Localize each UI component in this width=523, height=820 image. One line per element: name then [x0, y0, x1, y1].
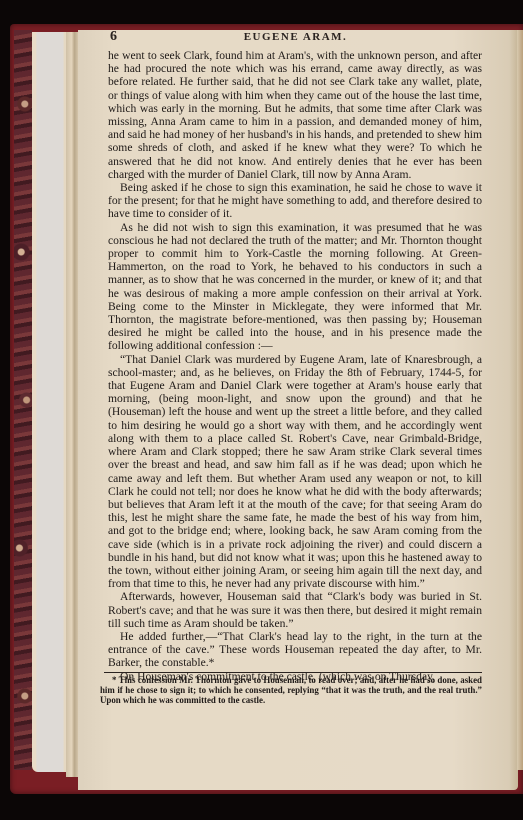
footnote-text: * This confession Mr. Thornton gave to H…	[100, 675, 482, 706]
paragraph: As he did not wish to sign this examinat…	[108, 221, 482, 353]
footnote-rule	[104, 672, 482, 673]
paragraph: Afterwards, however, Houseman said that …	[108, 590, 482, 630]
running-title: EUGENE ARAM.	[108, 31, 483, 43]
footnote: * This confession Mr. Thornton gave to H…	[100, 675, 482, 706]
paragraph: He added further,—“That Clark's head lay…	[108, 630, 482, 670]
paragraph: “That Daniel Clark was murdered by Eugen…	[108, 353, 482, 591]
paragraph: Being asked if he chose to sign this exa…	[108, 181, 482, 221]
page-fore-edge	[517, 30, 523, 770]
paragraph: he went to seek Clark, found him at Aram…	[108, 49, 482, 181]
running-head: 6 EUGENE ARAM.	[108, 29, 483, 45]
marbled-endpaper	[14, 30, 32, 770]
body-text: he went to seek Clark, found him at Aram…	[108, 49, 482, 683]
